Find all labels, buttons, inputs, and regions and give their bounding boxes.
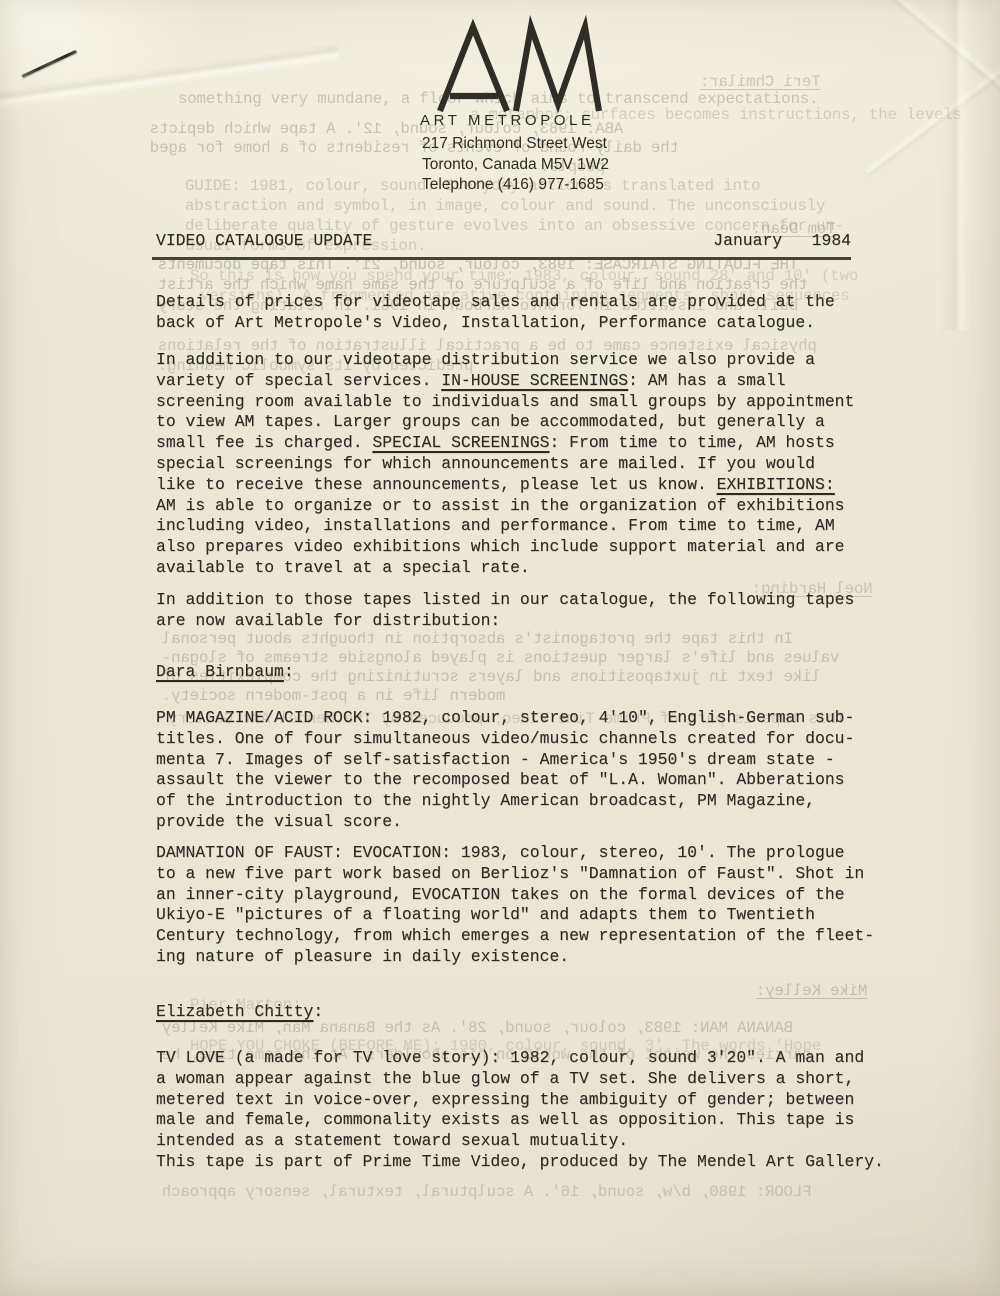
heading-dara-birnbaum: Dara Birnbaum: xyxy=(156,662,294,683)
paragraph-damnation: DAMNATION OF FAUST: EVOCATION: 1983, col… xyxy=(156,843,874,968)
scanned-document-page: Teri Chmilar:something very mundane, a f… xyxy=(0,0,1000,1296)
org-name: ART METROPOLE xyxy=(420,112,595,129)
org-address: 217 Richmond Street WestToronto, Canada … xyxy=(422,134,609,196)
paragraph-services: In addition to our videotape distributio… xyxy=(156,350,854,579)
document-title: VIDEO CATALOGUE UPDATE xyxy=(156,231,372,250)
paragraph-prices: Details of prices for videotape sales an… xyxy=(156,292,835,334)
document-date: January 1984 xyxy=(713,231,851,250)
ghost-text-line: abstraction and symbol, in image, colour… xyxy=(185,197,825,216)
ghost-text-line: modern life in a post-modern society. xyxy=(162,687,505,706)
heading-elizabeth-chitty: Elizabeth Chitty: xyxy=(156,1002,323,1023)
header-rule xyxy=(152,257,851,260)
paragraph-additional: In addition to those tapes listed in our… xyxy=(156,590,854,632)
ghost-text-line: Mike Kelley: xyxy=(756,982,867,1001)
ghost-text-line: In this tape the protagonist's absorptio… xyxy=(162,630,793,649)
paragraph-tv-love: TV LOVE (a made for TV love story): 1982… xyxy=(156,1048,884,1173)
document-header: VIDEO CATALOGUE UPDATE January 1984 xyxy=(156,231,851,250)
paragraph-pm-magazine: PM MAGAZINE/ACID ROCK: 1982, colour, ste… xyxy=(156,708,854,833)
ghost-text-line: FLOOR: 1980, b/w, sound, 16'. A sculptur… xyxy=(162,1183,812,1202)
am-logo xyxy=(437,24,600,112)
